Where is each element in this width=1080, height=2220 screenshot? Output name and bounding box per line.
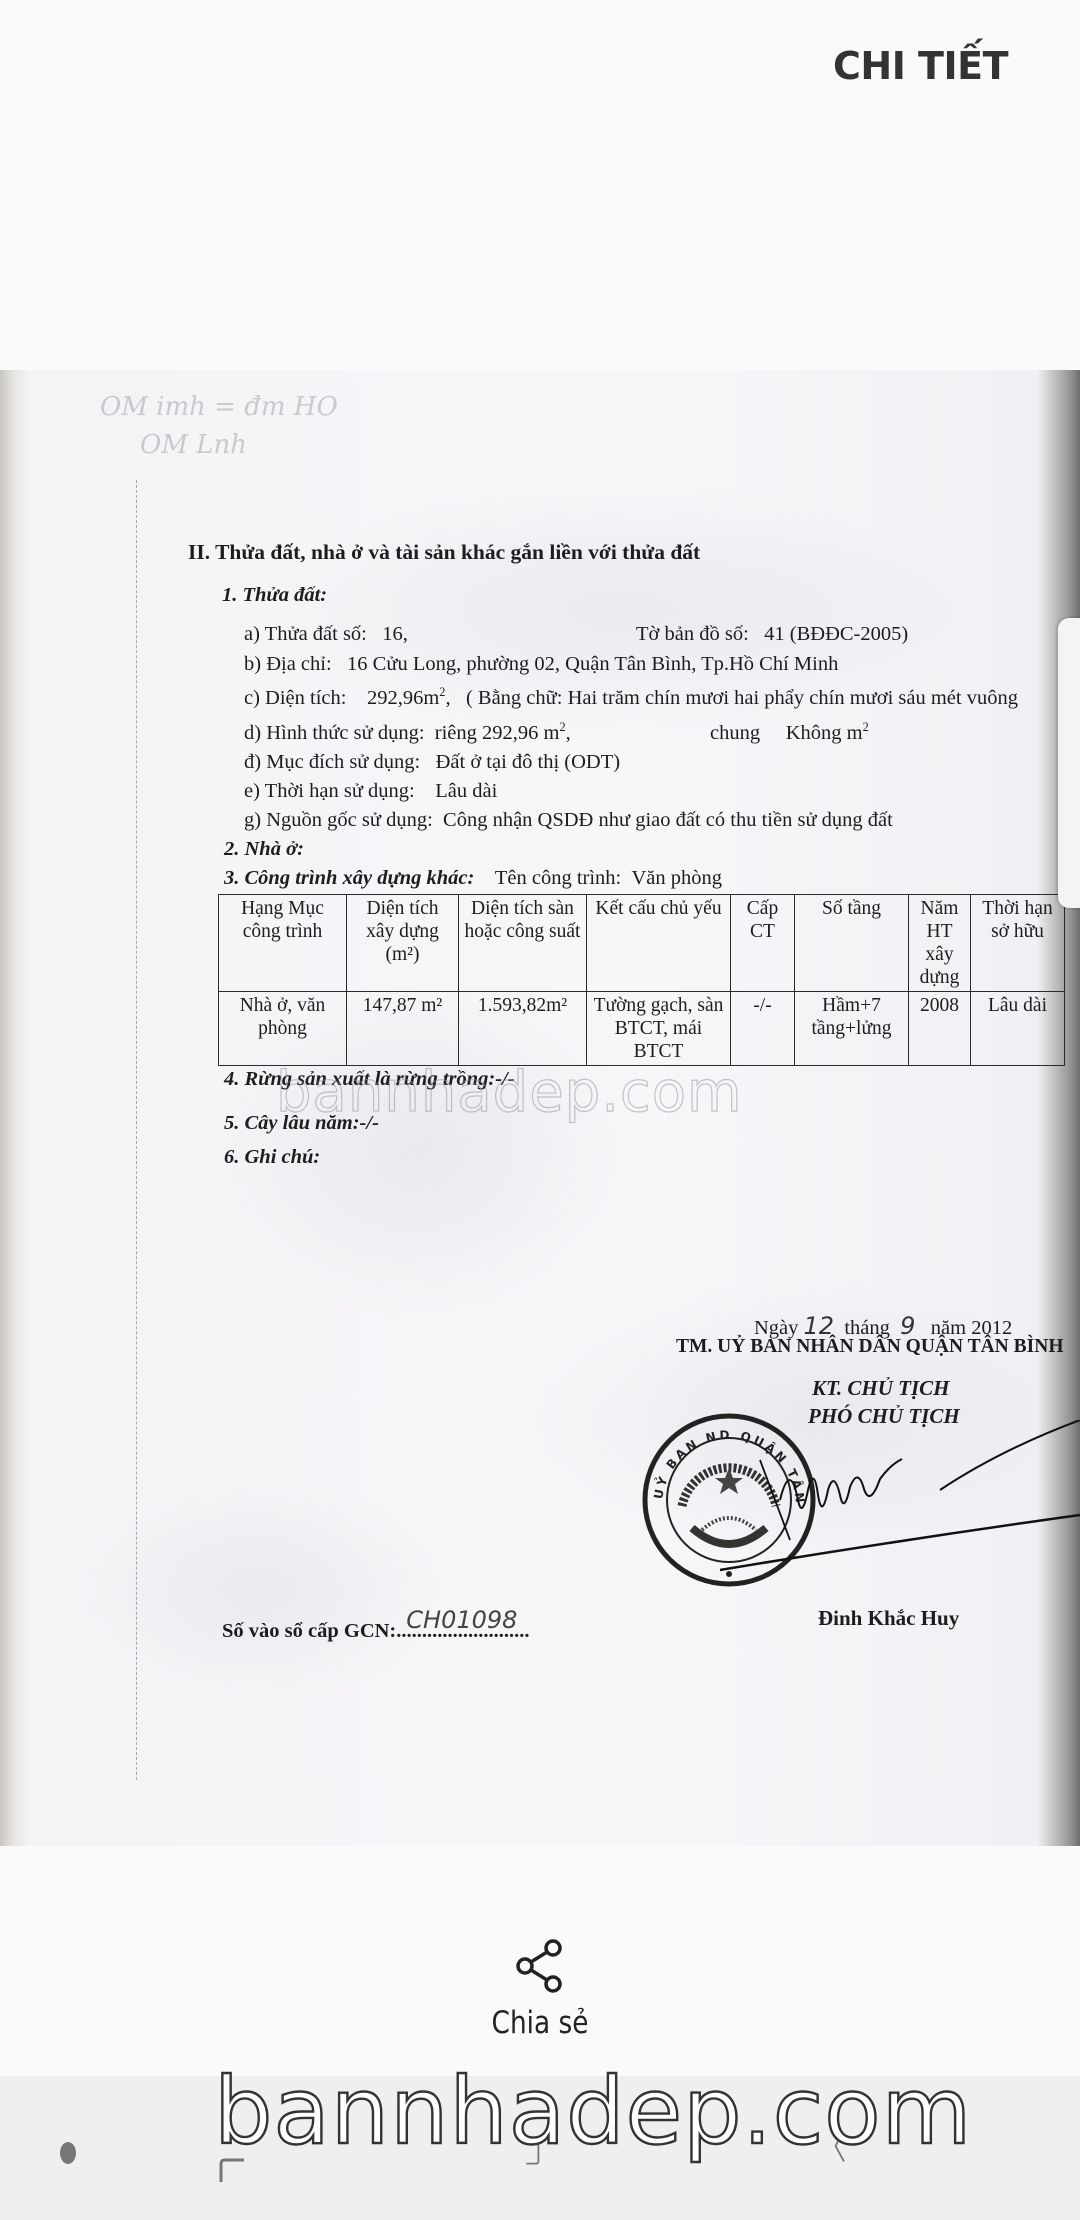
notes-heading: 6. Ghi chú: — [224, 1146, 320, 1169]
table-cell: 1.593,82m² — [459, 992, 587, 1066]
pencil-note: OM imh = đm HO — [100, 392, 338, 422]
usage-term: e) Thời hạn sử dụng: Lâu dài — [244, 780, 497, 803]
column-header: Số tầng — [795, 895, 909, 992]
column-header: Cấp CT — [731, 895, 795, 992]
issuing-authority: TM. UỶ BAN NHÂN DÂN QUẬN TÂN BÌNH — [676, 1336, 1064, 1358]
edge-panel-handle[interactable] — [1058, 618, 1080, 908]
navigation-bar: bannhadep.com — [0, 2076, 1080, 2220]
share-button[interactable]: Chia sẻ — [480, 1938, 600, 2058]
registry-number: Số vào sổ cấp GCN:......................… — [222, 1620, 530, 1643]
table-cell: -/- — [731, 992, 795, 1066]
construction-table: Hạng Mục công trìnhDiện tích xây dựng (m… — [218, 894, 1065, 1066]
table-header-row: Hạng Mục công trìnhDiện tích xây dựng (m… — [219, 895, 1065, 992]
image-viewer[interactable]: OM imh = đm HO OM Lnh II. Thửa đất, nhà … — [0, 370, 1080, 1846]
table-row: Nhà ở, văn phòng147,87 m²1.593,82m²Tường… — [219, 992, 1065, 1066]
table-cell: Hầm+7 tầng+lửng — [795, 992, 909, 1066]
table-body: Nhà ở, văn phòng147,87 m²1.593,82m²Tường… — [219, 992, 1065, 1066]
perennial-line: 5. Cây lâu năm:-/- — [224, 1112, 379, 1135]
column-header: Kết cấu chủ yếu — [587, 895, 731, 992]
usage-origin: g) Nguồn gốc sử dụng: Công nhận QSDĐ như… — [244, 809, 893, 832]
details-button[interactable]: CHI TIẾT — [833, 44, 1008, 88]
map-sheet: Tờ bản đồ số: 41 (BĐĐC-2005) — [636, 623, 908, 646]
action-area: Chia sẻ — [0, 1846, 1080, 2078]
other-works-heading: 3. Công trình xây dựng khác: Tên công tr… — [224, 867, 722, 890]
column-header: Năm HT xây dựng — [909, 895, 971, 992]
table-cell: 147,87 m² — [347, 992, 459, 1066]
signer-role-1: KT. CHỦ TỊCH — [812, 1376, 950, 1401]
table-cell: Lâu dài — [971, 992, 1065, 1066]
table-cell: Nhà ở, văn phòng — [219, 992, 347, 1066]
parcel-number: a) Thửa đất số: 16, — [244, 623, 408, 646]
pencil-note: OM Lnh — [140, 430, 247, 460]
nav-hide-dot[interactable] — [60, 2142, 76, 2164]
address: b) Địa chỉ: 16 Cửu Long, phường 02, Quận… — [244, 653, 838, 676]
area: c) Diện tích: 292,96m2, ( Bằng chữ: Hai … — [244, 685, 1018, 710]
table-cell: 2008 — [909, 992, 971, 1066]
share-icon — [513, 1938, 567, 1994]
table-cell: Tường gạch, sàn BTCT, mái BTCT — [587, 992, 731, 1066]
margin-line — [136, 480, 137, 1780]
usage-purpose: đ) Mục đích sử dụng: Đất ở tại đô thị (O… — [244, 751, 620, 774]
usage-form: d) Hình thức sử dụng: riêng 292,96 m2, — [244, 720, 571, 745]
top-bar: CHI TIẾT — [0, 0, 1080, 370]
column-header: Thời hạn sở hữu — [971, 895, 1065, 992]
usage-shared: chung Không m2 — [710, 720, 869, 745]
signer-name: Đinh Khắc Huy — [818, 1606, 959, 1631]
watermark-text: bannhadep.com — [214, 2066, 972, 2158]
house-heading: 2. Nhà ở: — [224, 838, 304, 861]
land-certificate-page: OM imh = đm HO OM Lnh II. Thửa đất, nhà … — [0, 370, 1080, 1846]
column-header: Diện tích sàn hoặc công suất — [459, 895, 587, 992]
section-title: II. Thửa đất, nhà ở và tài sản khác gắn … — [188, 540, 700, 565]
column-header: Diện tích xây dựng (m²) — [347, 895, 459, 992]
column-header: Hạng Mục công trình — [219, 895, 347, 992]
share-label: Chia sẻ — [489, 2005, 591, 2041]
signature-icon — [640, 1420, 1080, 1580]
land-heading: 1. Thửa đất: — [222, 584, 327, 607]
